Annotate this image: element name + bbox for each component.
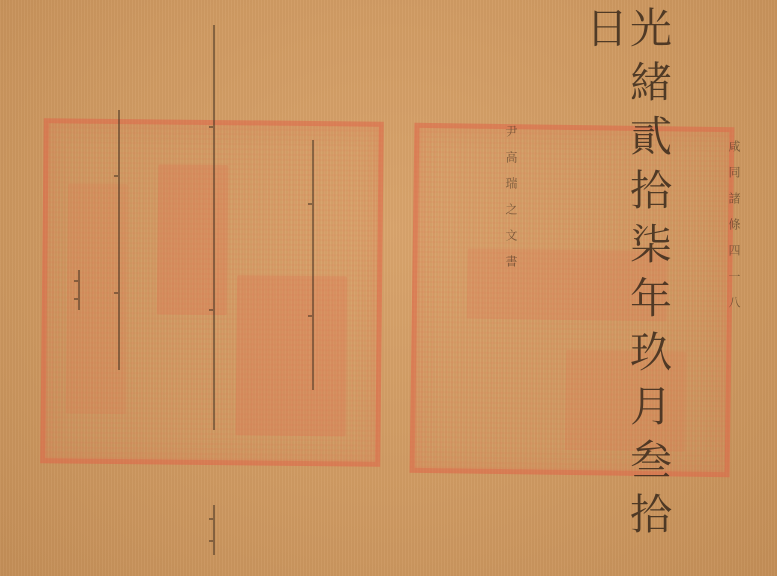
manchu-column-3 [213, 25, 215, 430]
document-page: 光緒貳拾柒年玖月叁拾日 咸同諸條四一八 尹高瑞之文書 [0, 0, 777, 576]
name-column: 尹高瑞之文書 [503, 125, 520, 281]
reference-column: 咸同諸條四一八 [726, 140, 743, 322]
manchu-column-2 [118, 110, 120, 370]
red-seal-left [40, 118, 384, 467]
red-seal-right [410, 123, 735, 477]
manchu-column-3b [213, 505, 215, 555]
manchu-column-4 [312, 140, 314, 390]
manchu-column-1 [78, 270, 80, 310]
date-column: 光緒貳拾柒年玖月叁拾日 [582, 6, 670, 576]
